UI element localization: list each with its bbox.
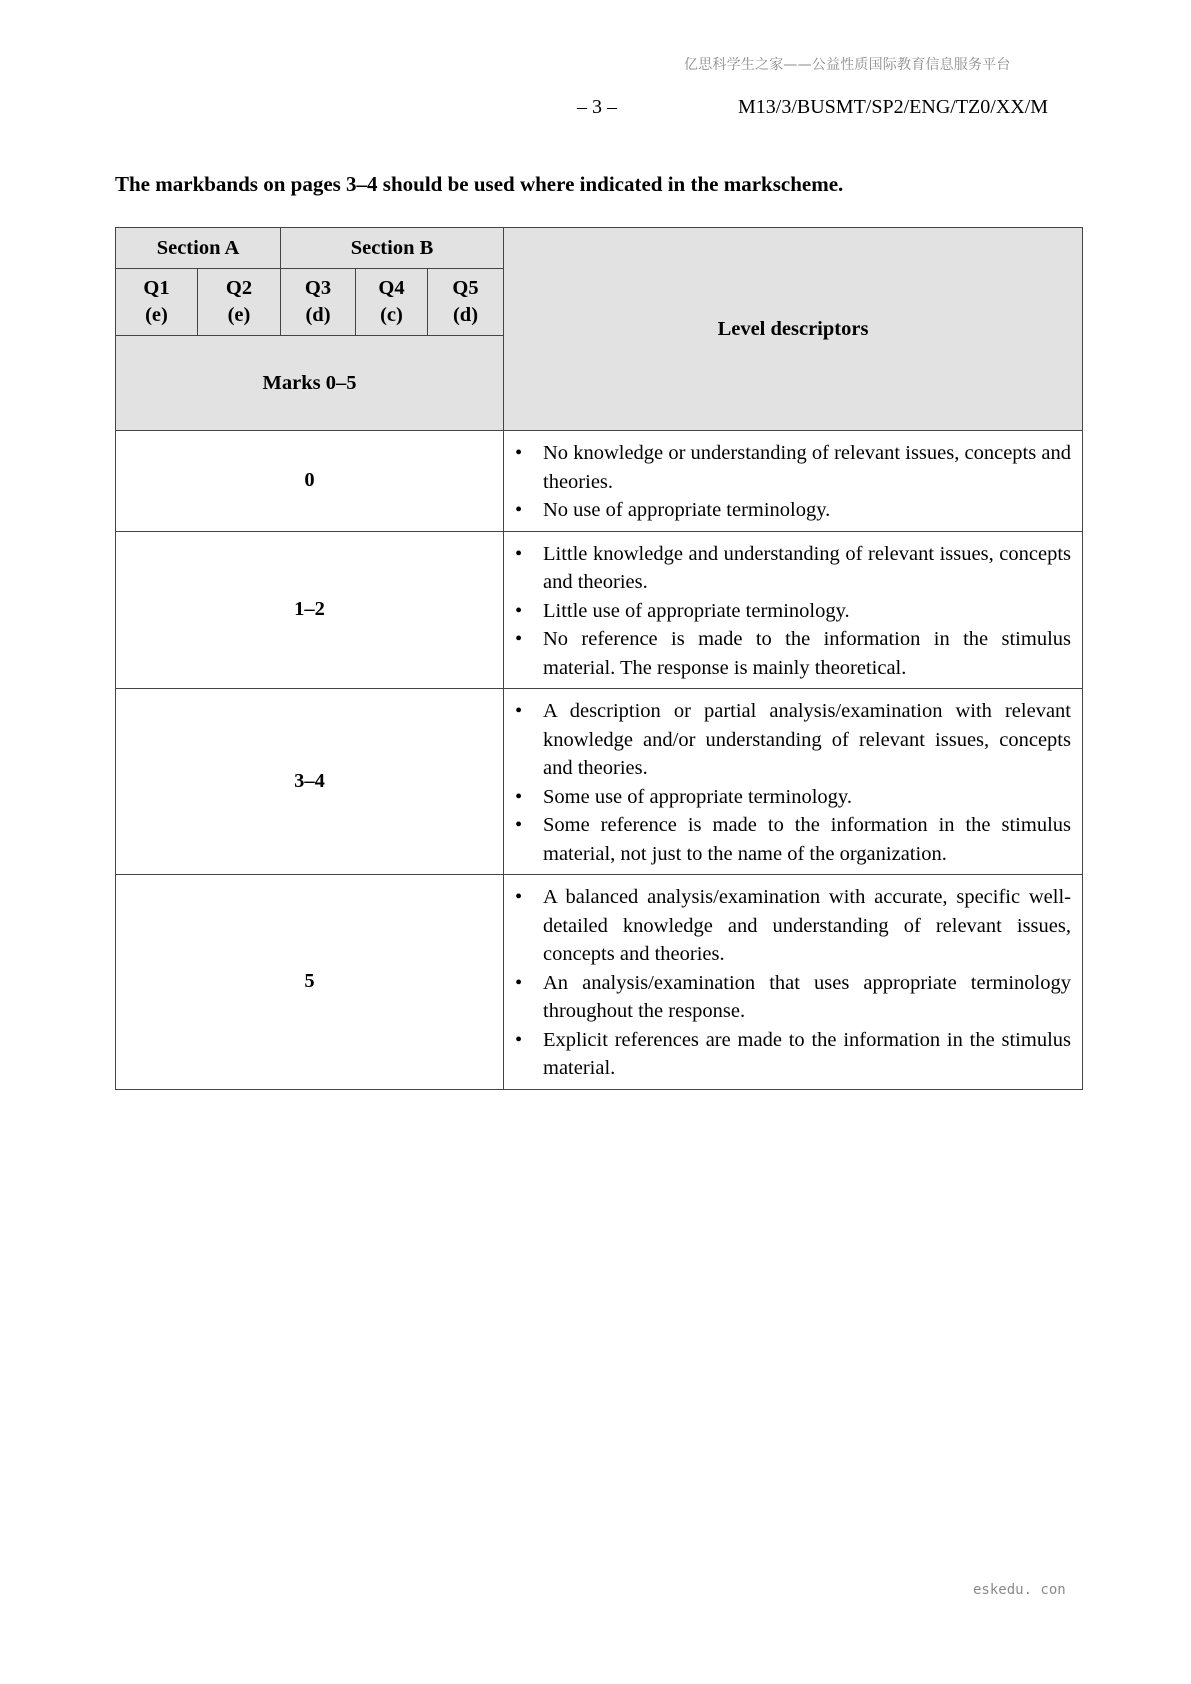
descriptor-text: A description or partial analysis/examin… <box>543 700 1071 779</box>
page-number: – 3 – <box>577 96 617 119</box>
descriptor-item: •A description or partial analysis/exami… <box>512 697 1071 783</box>
table-row: 1–2•Little knowledge and understanding o… <box>116 531 1083 689</box>
question-number: Q3 <box>281 275 355 302</box>
question-header-q5: Q5(d) <box>428 269 504 336</box>
bullet-icon: • <box>515 969 522 998</box>
bullet-icon: • <box>515 496 522 525</box>
bullet-icon: • <box>515 625 522 654</box>
question-number: Q1 <box>116 275 197 302</box>
level-descriptor-cell: •A description or partial analysis/exami… <box>504 689 1083 875</box>
mark-band: 3–4 <box>116 689 504 875</box>
question-number: Q4 <box>356 275 427 302</box>
descriptor-item: •Explicit references are made to the inf… <box>512 1026 1071 1083</box>
descriptor-item: •Some reference is made to the informati… <box>512 811 1071 868</box>
document-code: M13/3/BUSMT/SP2/ENG/TZ0/XX/M <box>738 96 1048 119</box>
marks-header: Marks 0–5 <box>116 336 504 431</box>
descriptor-item: •Some use of appropriate terminology. <box>512 783 1071 812</box>
descriptor-list: •Little knowledge and understanding of r… <box>512 540 1071 683</box>
level-descriptor-cell: •A balanced analysis/examination with ac… <box>504 875 1083 1090</box>
level-descriptor-cell: •No knowledge or understanding of releva… <box>504 431 1083 532</box>
descriptor-list: •A description or partial analysis/exami… <box>512 697 1071 868</box>
descriptor-text: No use of appropriate terminology. <box>543 499 830 521</box>
descriptor-text: No knowledge or understanding of relevan… <box>543 442 1071 493</box>
section-b-header: Section B <box>281 228 504 269</box>
descriptor-list: •A balanced analysis/examination with ac… <box>512 883 1071 1083</box>
bullet-icon: • <box>515 883 522 912</box>
descriptor-list: •No knowledge or understanding of releva… <box>512 439 1071 525</box>
markbands-table: Section A Section B Level descriptors Q1… <box>115 227 1083 1090</box>
table-row: 5•A balanced analysis/examination with a… <box>116 875 1083 1090</box>
mark-band: 0 <box>116 431 504 532</box>
descriptor-item: •Little knowledge and understanding of r… <box>512 540 1071 597</box>
bullet-icon: • <box>515 540 522 569</box>
question-header-q4: Q4(c) <box>356 269 428 336</box>
table-row: 3–4•A description or partial analysis/ex… <box>116 689 1083 875</box>
bullet-icon: • <box>515 439 522 468</box>
question-header-q2: Q2(e) <box>198 269 281 336</box>
question-part: (c) <box>356 302 427 329</box>
footer-watermark: eskedu. con <box>973 1582 1066 1598</box>
question-number: Q5 <box>428 275 503 302</box>
header-watermark: 亿思科学生之家——公益性质国际教育信息服务平台 <box>684 54 1011 74</box>
descriptor-text: Some reference is made to the informatio… <box>543 814 1071 865</box>
descriptor-text: A balanced analysis/examination with acc… <box>543 886 1071 965</box>
mark-band: 5 <box>116 875 504 1090</box>
bullet-icon: • <box>515 1026 522 1055</box>
question-part: (d) <box>281 302 355 329</box>
descriptor-text: Some use of appropriate terminology. <box>543 786 852 808</box>
descriptor-text: An analysis/examination that uses approp… <box>543 972 1071 1023</box>
question-header-q3: Q3(d) <box>281 269 356 336</box>
table-row: 0•No knowledge or understanding of relev… <box>116 431 1083 532</box>
intro-text: The markbands on pages 3–4 should be use… <box>115 172 843 197</box>
descriptor-text: Explicit references are made to the info… <box>543 1029 1071 1080</box>
descriptor-item: •No use of appropriate terminology. <box>512 496 1071 525</box>
question-part: (e) <box>116 302 197 329</box>
bullet-icon: • <box>515 811 522 840</box>
descriptor-item: •No knowledge or understanding of releva… <box>512 439 1071 496</box>
descriptor-text: No reference is made to the information … <box>543 628 1071 679</box>
descriptor-text: Little use of appropriate terminology. <box>543 600 850 622</box>
level-descriptors-header: Level descriptors <box>504 228 1083 431</box>
section-a-header: Section A <box>116 228 281 269</box>
question-header-q1: Q1(e) <box>116 269 198 336</box>
bullet-icon: • <box>515 597 522 626</box>
descriptor-item: •An analysis/examination that uses appro… <box>512 969 1071 1026</box>
descriptor-item: •A balanced analysis/examination with ac… <box>512 883 1071 969</box>
question-number: Q2 <box>198 275 280 302</box>
level-descriptor-cell: •Little knowledge and understanding of r… <box>504 531 1083 689</box>
descriptor-text: Little knowledge and understanding of re… <box>543 543 1071 594</box>
descriptor-item: •Little use of appropriate terminology. <box>512 597 1071 626</box>
bullet-icon: • <box>515 697 522 726</box>
question-part: (e) <box>198 302 280 329</box>
mark-band: 1–2 <box>116 531 504 689</box>
bullet-icon: • <box>515 783 522 812</box>
descriptor-item: •No reference is made to the information… <box>512 625 1071 682</box>
question-part: (d) <box>428 302 503 329</box>
